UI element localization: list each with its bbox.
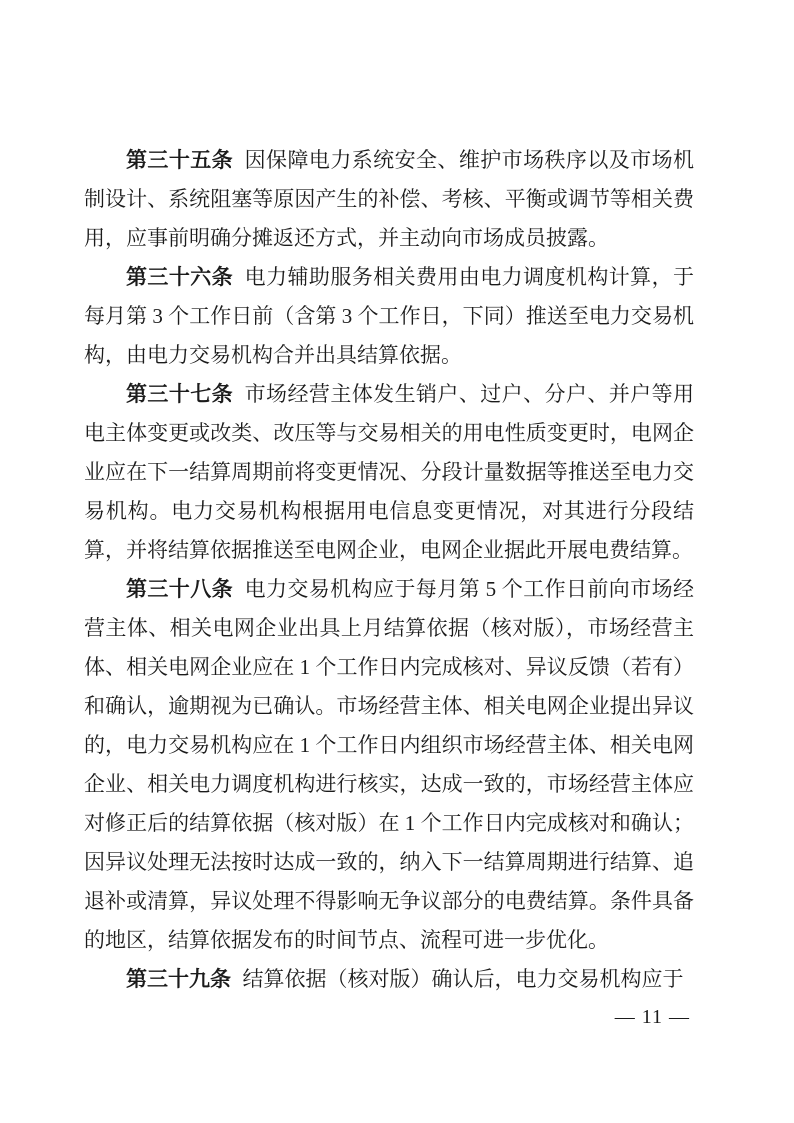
article-36-number: 第三十六条 (126, 266, 233, 289)
article-35-number: 第三十五条 (126, 149, 233, 172)
article-38-number: 第三十八条 (126, 578, 233, 601)
article-37-text: 市场经营主体发生销户、过户、分户、并户等用电主体变更或改类、改压等与交易相关的用… (84, 382, 694, 562)
article-38-text: 电力交易机构应于每月第 5 个工作日前向市场经营主体、相关电网企业出具上月结算依… (84, 577, 694, 952)
paragraph-article-36: 第三十六条电力辅助服务相关费用由电力调度机构计算，于每月第 3 个工作日前（含第… (84, 258, 694, 375)
paragraph-article-35: 第三十五条因保障电力系统安全、维护市场秩序以及市场机制设计、系统阻塞等原因产生的… (84, 141, 694, 258)
document-content: 第三十五条因保障电力系统安全、维护市场秩序以及市场机制设计、系统阻塞等原因产生的… (84, 141, 694, 999)
paragraph-article-39: 第三十九条结算依据（核对版）确认后，电力交易机构应于 (84, 960, 694, 999)
paragraph-article-37: 第三十七条市场经营主体发生销户、过户、分户、并户等用电主体变更或改类、改压等与交… (84, 375, 694, 570)
article-39-number: 第三十九条 (126, 968, 231, 991)
document-page: 第三十五条因保障电力系统安全、维护市场秩序以及市场机制设计、系统阻塞等原因产生的… (0, 0, 794, 1123)
paragraph-article-38: 第三十八条电力交易机构应于每月第 5 个工作日前向市场经营主体、相关电网企业出具… (84, 570, 694, 960)
article-39-text: 结算依据（核对版）确认后，电力交易机构应于 (243, 967, 684, 991)
article-37-number: 第三十七条 (126, 383, 233, 406)
page-number: — 11 — (615, 1006, 690, 1029)
